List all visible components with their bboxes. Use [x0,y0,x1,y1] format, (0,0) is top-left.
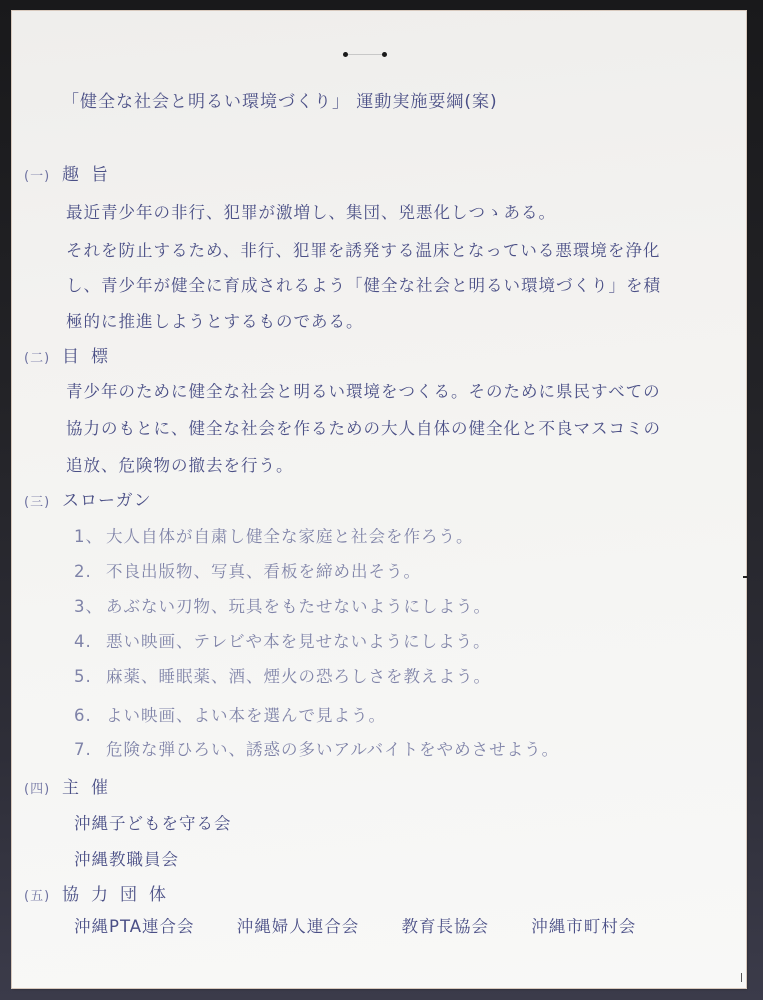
staple-mark [348,54,382,55]
slogan-text: 麻薬、睡眠薬、酒、煙火の恐ろしさを教えよう。 [106,667,491,686]
document-title: 「健全な社会と明るい環境づくり」 運動実施要綱(案) [62,91,498,113]
goal-line-2: 協力のもとに、健全な社会を作るための大人自体の健全化と不良マスコミの [66,418,661,440]
slogan-number: 5. [74,666,106,688]
paper-edge-mark [743,576,748,578]
section-number: (四) [24,779,62,801]
purpose-line-1: 最近青少年の非行、犯罪が激増し、集団、兇悪化しつゝある。 [66,202,556,224]
slogan-item: 6.よい映画、よい本を選んで見よう。 [74,705,386,727]
sponsor-item: 沖縄子どもを守る会 [74,813,232,835]
slogan-number: 2. [74,561,106,583]
slogan-number: 4. [74,631,106,653]
slogan-item: 1、大人自体が自粛し健全な家庭と社会を作ろう。 [74,526,474,548]
staple-hole-right [382,52,387,57]
section-heading-purpose: (一)趣旨 [24,164,120,188]
section-heading-cooperating-organizations: (五)協力団体 [24,884,178,908]
section-heading-slogans: (三)スローガン [24,490,152,514]
section-heading-goal: (二)目標 [24,346,120,370]
staple-holes [343,52,387,57]
slogan-number: 1、 [74,526,106,548]
section-heading-sponsors: (四)主催 [24,777,120,801]
slogan-text: 悪い映画、テレビや本を見せないようにしよう。 [106,632,491,651]
slogan-text: よい映画、よい本を選んで見よう。 [106,706,386,725]
section-label: 協力団体 [62,885,178,905]
slogan-item: 2.不良出版物、写真、看板を締め出そう。 [74,561,421,583]
purpose-line-3: し、青少年が健全に育成されるよう「健全な社会と明るい環境づくり」を積 [66,275,661,297]
organization-item: 沖縄婦人連合会 [237,917,360,936]
organization-item: 沖縄PTA連合会 [74,917,195,936]
sponsor-item: 沖縄教職員会 [74,849,179,871]
slogan-text: 不良出版物、写真、看板を締め出そう。 [106,562,421,581]
slogan-number: 6. [74,705,106,727]
slogan-item: 3、あぶない刃物、玩具をもたせないようにしよう。 [74,596,491,618]
goal-line-1: 青少年のために健全な社会と明るい環境をつくる。そのために県民すべての [66,381,661,403]
slogan-text: あぶない刃物、玩具をもたせないようにしよう。 [106,597,491,616]
section-number: (三) [24,492,62,514]
slogan-item: 4.悪い映画、テレビや本を見せないようにしよう。 [74,631,491,653]
slogan-item: 7.危険な弾ひろい、誘惑の多いアルバイトをやめさせよう。 [74,739,559,761]
section-label: 趣旨 [62,165,120,185]
section-label: スローガン [62,491,152,511]
purpose-line-4: 極的に推進しようとするものである。 [66,311,364,333]
section-label: 目標 [62,347,120,367]
slogan-number: 7. [74,739,106,761]
slogan-text: 危険な弾ひろい、誘惑の多いアルバイトをやめさせよう。 [106,740,559,759]
section-label: 主催 [62,778,120,798]
section-number: (二) [24,348,62,370]
slogan-item: 5.麻薬、睡眠薬、酒、煙火の恐ろしさを教えよう。 [74,666,491,688]
organization-item: 教育長協会 [402,917,490,936]
slogan-text: 大人自体が自粛し健全な家庭と社会を作ろう。 [106,527,474,546]
section-number: (一) [24,166,62,188]
organization-item: 沖縄市町村会 [531,917,636,936]
section-number: (五) [24,886,62,908]
page-corner-mark [741,973,742,982]
organization-list: 沖縄PTA連合会 沖縄婦人連合会 教育長協会 沖縄市町村会 [74,916,672,938]
slogan-number: 3、 [74,596,106,618]
goal-line-3: 追放、危険物の撤去を行う。 [66,455,294,477]
purpose-line-2: それを防止するため、非行、犯罪を誘発する温床となっている悪環境を浄化 [66,240,660,262]
